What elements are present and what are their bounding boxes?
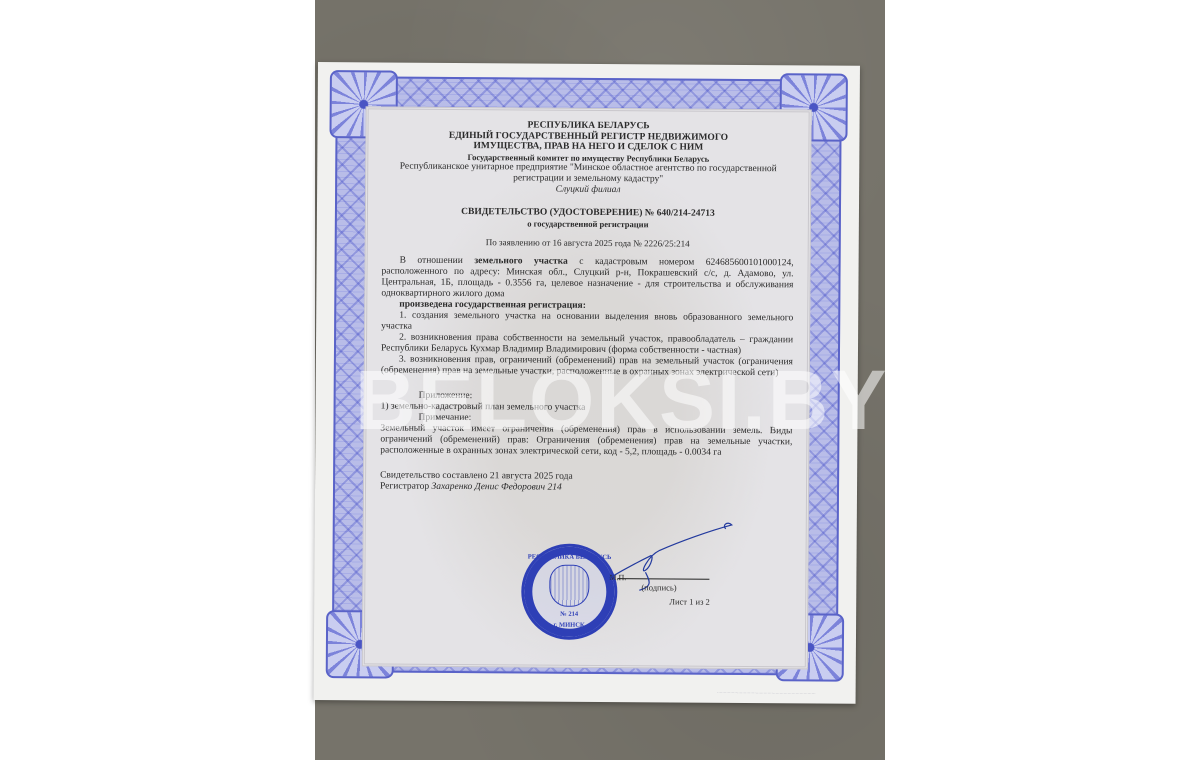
- certificate-paper: РЕСПУБЛИКА БЕЛАРУСЬ ЕДИНЫЙ ГОСУДАРСТВЕНН…: [314, 62, 860, 704]
- registrar: Регистратор Захаренко Денис Федорович 21…: [380, 481, 792, 495]
- state-emblem-icon: [549, 565, 589, 607]
- signature-caption: (подпись): [641, 582, 676, 593]
- land-plot-description: В отношении земельного участка с кадастр…: [381, 255, 793, 302]
- registration-item-1: 1. создания земельного участка на основа…: [381, 310, 793, 335]
- certificate-body: РЕСПУБЛИКА БЕЛАРУСЬ ЕДИНЫЙ ГОСУДАРСТВЕНН…: [362, 106, 812, 669]
- land-plot-label: земельного участка: [474, 256, 568, 267]
- signature-block: РЕСПУБЛИКА БЕЛАРУСЬ № 214 г. МИНСК М.П. …: [379, 514, 792, 607]
- header-enterprise: Республиканское унитарное предприятие "М…: [382, 161, 794, 186]
- registration-item-2: 2. возникновения права собственности на …: [381, 332, 793, 357]
- registrar-name: Захаренко Денис Федорович 214: [431, 481, 561, 492]
- printer-imprint: ········································…: [717, 690, 816, 696]
- registration-item-3: 3. возникновения прав, ограничений (обре…: [381, 354, 793, 379]
- certificate-content: РЕСПУБЛИКА БЕЛАРУСЬ ЕДИНЫЙ ГОСУДАРСТВЕНН…: [379, 119, 794, 606]
- application-reference: По заявлению от 16 августа 2025 года № 2…: [382, 236, 794, 250]
- certificate-subtitle: о государственной регистрации: [382, 217, 794, 231]
- header-branch: Слуцкий филиал: [382, 183, 794, 197]
- note-text: Земельный участок имеет ограничения (обр…: [380, 423, 792, 459]
- sheet-number: Лист 1 из 2: [669, 596, 710, 607]
